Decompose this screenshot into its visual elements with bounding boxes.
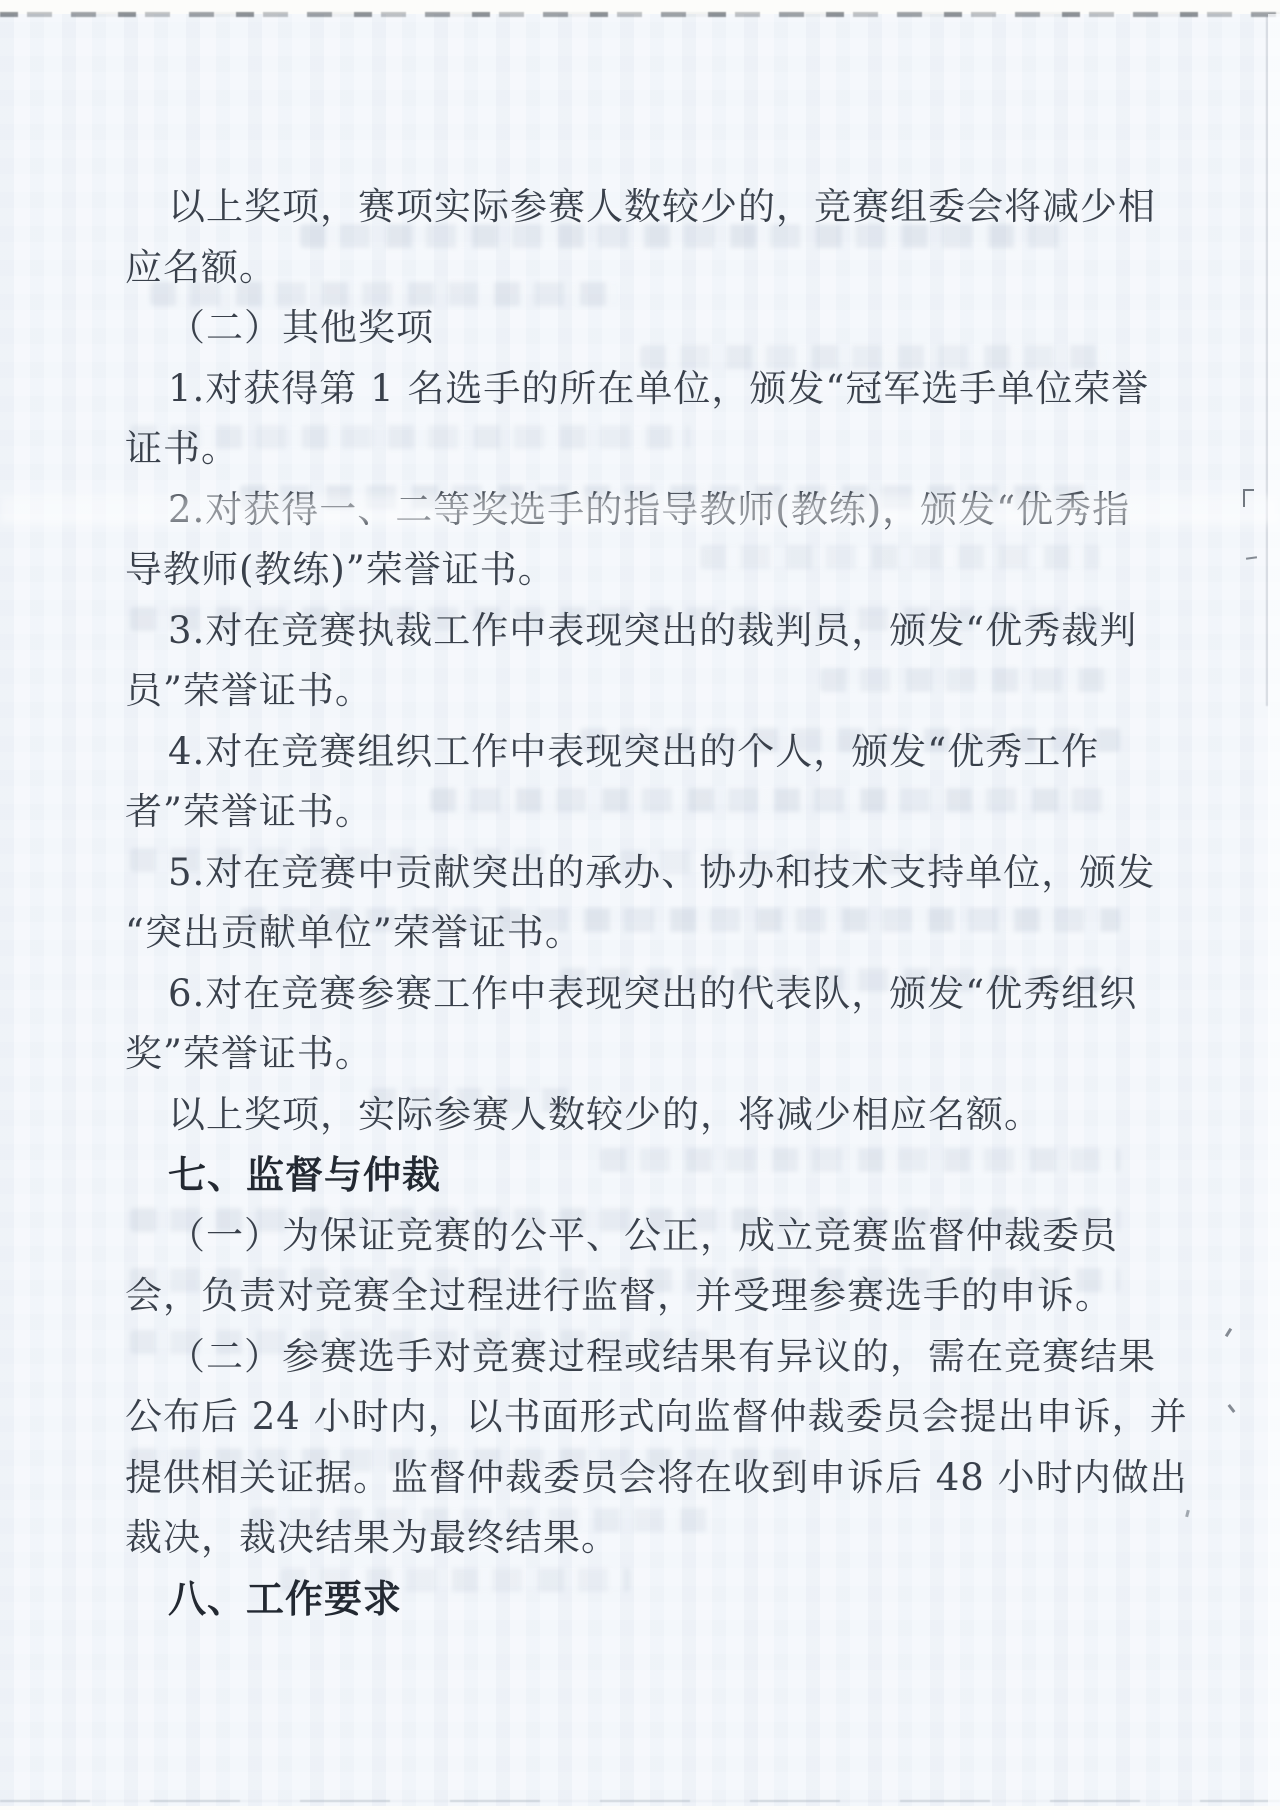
text-line: 员”荣誉证书。 [125,661,1135,722]
text-line: 提供相关证据。监督仲裁委员会将在收到申诉后 48 小时内做出 [125,1448,1135,1509]
text-line: 裁决，裁决结果为最终结果。 [125,1508,1135,1569]
scan-light-band [0,496,1280,524]
text-line: 4.对在竞赛组织工作中表现突出的个人，颁发“优秀工作 [125,722,1135,783]
document-text: 以上奖项，赛项实际参赛人数较少的，竞赛组委会将减少相应名额。（二）其他奖项1.对… [125,177,1135,1629]
text-line: 导教师(教练)”荣誉证书。 [125,540,1135,601]
scan-speck [1243,489,1254,507]
text-line: 应名额。 [125,238,1135,299]
text-line: 证书。 [125,419,1135,480]
text-line: 公布后 24 小时内，以书面形式向监督仲裁委员会提出申诉，并 [125,1387,1135,1448]
scan-bottom-edge [0,1800,1280,1802]
text-line: 6.对在竞赛参赛工作中表现突出的代表队，颁发“优秀组织 [125,964,1135,1025]
text-line: 者”荣誉证书。 [125,782,1135,843]
scanned-page: 以上奖项，赛项实际参赛人数较少的，竞赛组委会将减少相应名额。（二）其他奖项1.对… [0,0,1280,1810]
text-line: “突出贡献单位”荣誉证书。 [125,903,1135,964]
text-line: （二）参赛选手对竞赛过程或结果有异议的，需在竞赛结果 [125,1327,1135,1388]
text-line: 以上奖项，实际参赛人数较少的，将减少相应名额。 [125,1085,1135,1146]
text-line: 奖”荣誉证书。 [125,1024,1135,1085]
text-line: 3.对在竞赛执裁工作中表现突出的裁判员，颁发“优秀裁判 [125,601,1135,662]
scan-top-edge [0,12,1280,17]
scan-right-margin [1268,14,1280,1806]
text-line: 1.对获得第 1 名选手的所在单位，颁发“冠军选手单位荣誉 [125,359,1135,420]
text-line: 会，负责对竞赛全过程进行监督，并受理参赛选手的申诉。 [125,1266,1135,1327]
section-heading: 八、工作要求 [125,1569,1135,1630]
section-heading: 七、监督与仲裁 [125,1145,1135,1206]
text-line: 5.对在竞赛中贡献突出的承办、协办和技术支持单位，颁发 [125,843,1135,904]
text-line: （二）其他奖项 [125,298,1135,359]
text-line: （一）为保证竞赛的公平、公正，成立竞赛监督仲裁委员 [125,1206,1135,1267]
text-line: 以上奖项，赛项实际参赛人数较少的，竞赛组委会将减少相 [125,177,1135,238]
